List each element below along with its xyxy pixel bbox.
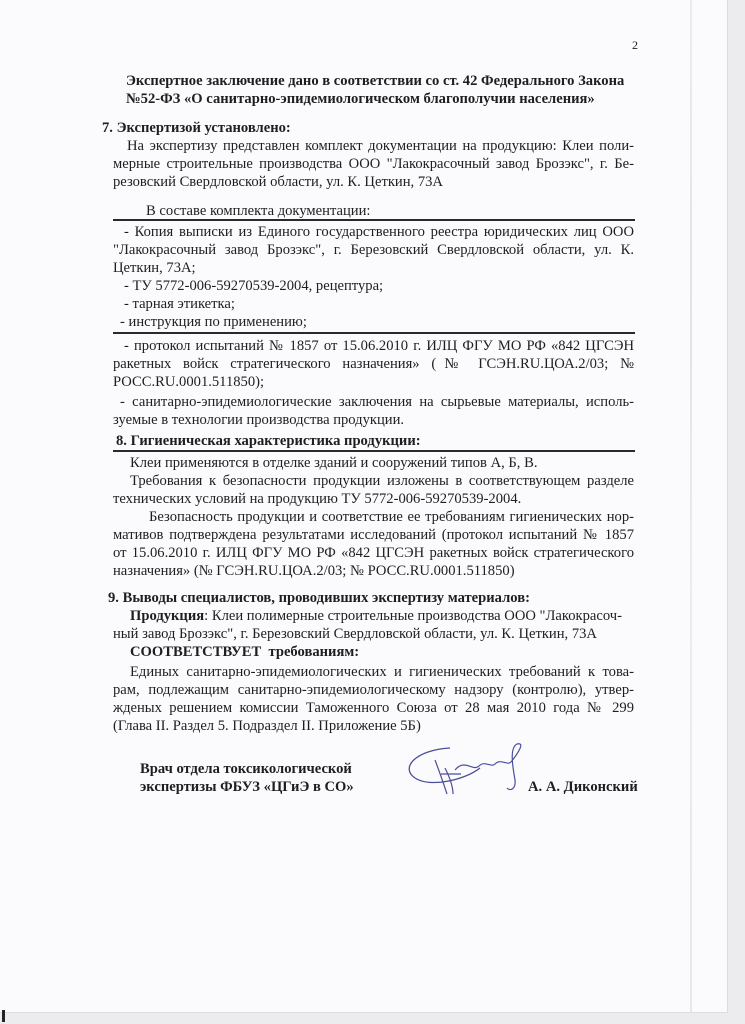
requirements-line: рам, подлежащим санитарно-эпидемиологиче… bbox=[113, 681, 634, 699]
section-8-line: назначения» (№ ГСЭН.RU.ЦОА.2/03; № РОСС.… bbox=[113, 562, 515, 580]
product-label: Продукция bbox=[130, 608, 204, 624]
doc-item-line: - инструкция по применению; bbox=[120, 313, 307, 331]
fold-crease bbox=[690, 0, 692, 1012]
doc-item-line: Цеткин, 73А; bbox=[113, 259, 196, 277]
doc-item-line: - протокол испытаний № 1857 от 15.06.201… bbox=[124, 337, 634, 355]
section-8-line: Безопасность продукции и соответствие ее… bbox=[149, 508, 634, 526]
signer-position-line-2: экспертизы ФБУЗ «ЦГиЭ в СО» bbox=[140, 778, 354, 796]
product-text: : Клеи полимерные строительные производс… bbox=[204, 608, 622, 624]
header-line-1: Экспертное заключение дано в соответстви… bbox=[126, 72, 624, 90]
doc-item-line: зуемые в технологии производства продукц… bbox=[113, 411, 404, 429]
complies-label: СООТВЕТСТВУЕТ bbox=[130, 644, 261, 660]
doc-item-line: ракетных войск стратегического назначени… bbox=[113, 355, 634, 373]
section-8-line: мативов подтверждена результатами исслед… bbox=[113, 526, 634, 544]
page-number: 2 bbox=[632, 36, 638, 54]
section-9-title: 9. Выводы специалистов, проводивших эксп… bbox=[108, 589, 530, 607]
product-line-1: Продукция: Клеи полимерные строительные … bbox=[130, 607, 634, 625]
section-8-line: от 15.06.2010 г. ИЛЦ ФГУ МО РФ «842 ЦГСЭ… bbox=[113, 544, 634, 562]
requirements-line: жденых решением комиссии Таможенного Сою… bbox=[113, 699, 634, 717]
section-8-line: технических условий на продукцию ТУ 5772… bbox=[113, 490, 521, 508]
complies-line: СООТВЕТСТВУЕТ требованиям: bbox=[130, 643, 359, 661]
section-8-line: Требования к безопасности продукции изло… bbox=[130, 472, 634, 490]
doc-item-line: "Лакокрасочный завод Брозэкс", г. Березо… bbox=[113, 241, 634, 259]
section-8-title: 8. Гигиеническая характеристика продукци… bbox=[116, 432, 421, 450]
scan-edge-mark bbox=[2, 1010, 5, 1022]
doc-item-line: - санитарно-эпидемиологические заключени… bbox=[120, 393, 634, 411]
divider-rule bbox=[113, 219, 635, 221]
signer-position-line-1: Врач отдела токсикологической bbox=[140, 760, 352, 778]
doc-item-line: - Копия выписки из Единого государственн… bbox=[124, 223, 634, 241]
requirements-line: (Глава II. Раздел 5. Подраздел II. Прило… bbox=[113, 717, 421, 735]
doc-item-line: - тарная этикетка; bbox=[124, 295, 235, 313]
divider-rule bbox=[113, 450, 635, 452]
product-line-2: ный завод Брозэкс", г. Березовский Сверд… bbox=[113, 625, 597, 643]
doc-item-line: РОСС.RU.0001.511850); bbox=[113, 373, 264, 391]
section-8-line: Клеи применяются в отделке зданий и соор… bbox=[130, 454, 537, 472]
requirements-line: Единых санитарно-эпидемиологических и ги… bbox=[130, 663, 634, 681]
section-7-intro-line: На экспертизу представлен комплект докум… bbox=[127, 137, 634, 155]
complies-rest: требованиям: bbox=[268, 644, 359, 660]
header-line-2: №52-ФЗ «О санитарно-эпидемиологическом б… bbox=[126, 90, 595, 108]
section-7-intro-line: резовский Свердловской области, ул. К. Ц… bbox=[113, 173, 443, 191]
divider-rule bbox=[113, 332, 635, 334]
doc-item-line: - ТУ 5772-006-59270539-2004, рецептура; bbox=[124, 277, 383, 295]
section-7-intro-line: мерные строительные производства ООО "Ла… bbox=[113, 155, 634, 173]
document-page: 2 Экспертное заключение дано в соответст… bbox=[0, 0, 728, 1013]
section-7-title: 7. Экспертизой установлено: bbox=[102, 119, 291, 137]
documentation-set-label: В составе комплекта документации: bbox=[146, 202, 370, 220]
